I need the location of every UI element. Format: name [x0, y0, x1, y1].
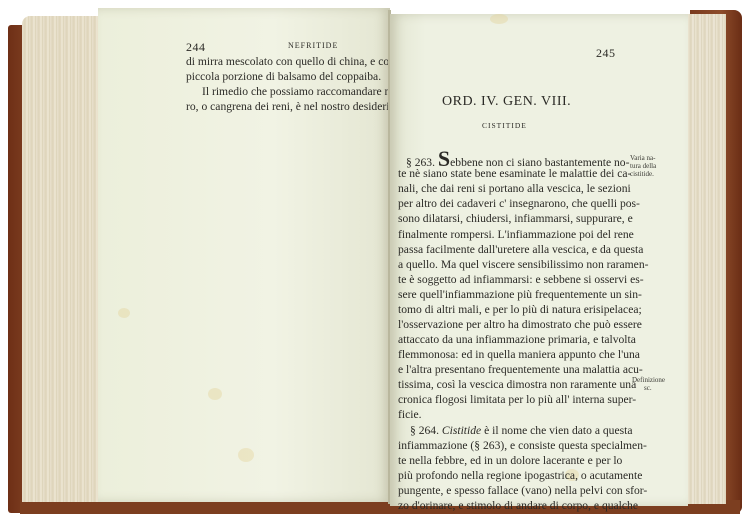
text-line: e l'altra presentano frequentemente una … [398, 362, 643, 377]
text-line: ro, o cangrena dei reni, è nel nostro de… [186, 99, 398, 114]
text-line: attaccato da una infiammazione primaria,… [398, 332, 636, 347]
text-line: infiammazione (§ 263), e consiste questa… [398, 438, 647, 453]
text-line: sere quell'infiammazione più frequenteme… [398, 287, 642, 302]
text-line: l'osservazione per altro ha dimostrato c… [398, 317, 642, 332]
text-line: di mirra mescolato con quello di china, … [186, 54, 415, 69]
page-number-left: 244 [186, 40, 206, 55]
text-line: flemmonosa: ed in quella maniera appunto… [398, 347, 640, 362]
page-number-right: 245 [596, 46, 616, 61]
text-line: tomo di altri mali, e per lo più di natu… [398, 302, 642, 317]
text-line: te nella febbre, ed in un dolore laceran… [398, 453, 622, 468]
foxing-stain [118, 308, 130, 318]
foxing-stain [208, 388, 222, 400]
text-line: pungente, e spesso fallace (vano) nella … [398, 483, 647, 498]
text-line: sono dilatarsi, chiudersi, infiammarsi, … [398, 211, 633, 226]
text-line: te è soggetto ad infiammarsi: e sebbene … [398, 272, 644, 287]
text-line: te nè siano state bene esaminate le mala… [398, 166, 631, 181]
text-line: zo d'orinare, e stimolo di andare di cor… [398, 498, 638, 513]
section-subheading: CISTITIDE [482, 121, 527, 130]
running-head: NEFRITIDE [288, 41, 338, 50]
text-line: cronica flogosi limitata per lo più all'… [398, 392, 636, 407]
foxing-stain [490, 14, 508, 24]
text-line: tissima, così la vescica dimostra non ra… [398, 377, 636, 392]
margin-note-264: Definizione sc. [632, 376, 665, 392]
text-line: passa facilmente dall'uretere alla vesci… [398, 242, 643, 257]
margin-note-263: Varia na- tura della cistitide. [630, 154, 656, 178]
left-page: 244 NEFRITIDE di mirra mescolato con que… [98, 8, 390, 502]
foxing-stain [238, 448, 254, 462]
term: Cistitide [442, 424, 481, 437]
page-block-right [688, 14, 726, 504]
section-number: § 264. [410, 424, 439, 437]
chapter-heading: ORD. IV. GEN. VIII. [442, 94, 571, 110]
text-line: a quello. Ma quel viscere sensibilissimo… [398, 257, 649, 272]
text-line: nali, che dai reni si portano alla vesci… [398, 181, 631, 196]
text-line: piccola porzione di balsamo del coppaiba… [186, 69, 381, 84]
text-line: per altro dei cadaveri c' insegnarono, c… [398, 196, 640, 211]
text-line: finalmente rompersi. L'infiammazione poi… [398, 227, 634, 242]
page-block-left [22, 16, 102, 502]
text-line: ficie. [398, 407, 422, 422]
text-line: più profondo nella regione ipogastrica, … [398, 468, 642, 483]
section-264-first-line: § 264. Cistitide è il nome che vien dato… [410, 423, 633, 438]
right-page: 245 ORD. IV. GEN. VIII. CISTITIDE § 263.… [390, 14, 688, 506]
